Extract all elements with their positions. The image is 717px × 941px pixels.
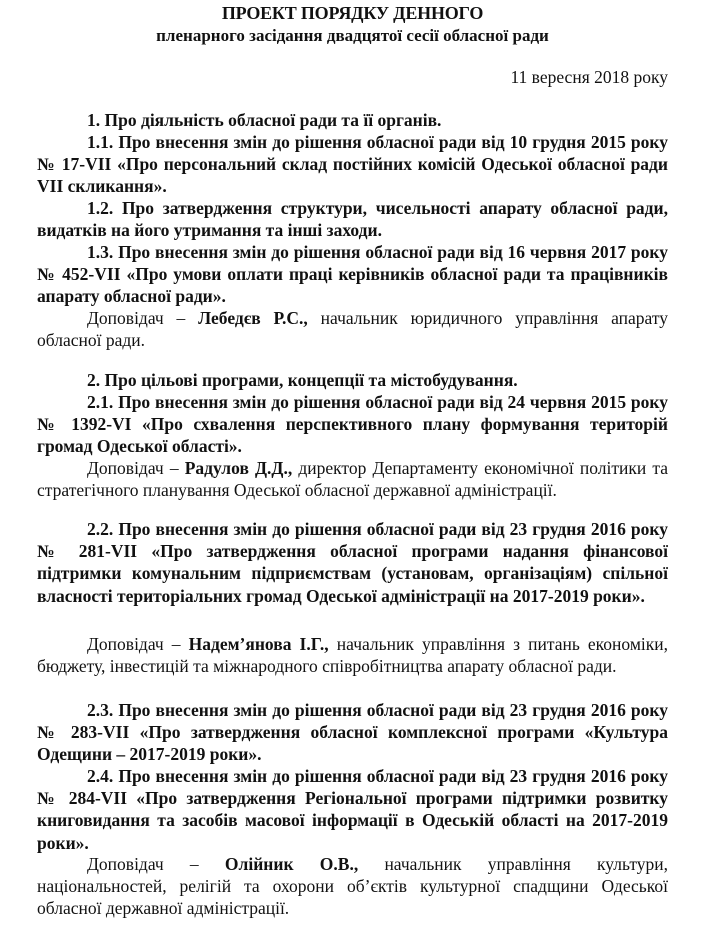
agenda-item-2-3: 2.3. Про внесення змін до рішення обласн… — [37, 699, 668, 766]
speaker-label: Доповідач – — [87, 854, 199, 874]
agenda-item-2-4: 2.4. Про внесення змін до рішення обласн… — [37, 765, 668, 854]
agenda-item-2-2: 2.2. Про внесення змін до рішення обласн… — [37, 518, 668, 607]
speaker-label: Доповідач – — [87, 308, 185, 328]
agenda-item-2-1: 2.1. Про внесення змін до рішення обласн… — [37, 391, 668, 458]
section-2-heading: 2. Про цільові програми, концепції та мі… — [37, 369, 668, 391]
speaker-label: Доповідач – — [87, 634, 181, 654]
section-1-heading: 1. Про діяльність обласної ради та її ор… — [37, 109, 668, 131]
speaker-label: Доповідач – — [87, 458, 179, 478]
speaker-name: Надем’янова І.Г., — [189, 634, 329, 654]
speaker-item-2-1: Доповідач – Радулов Д.Д., директор Депар… — [37, 457, 668, 501]
document-title: ПРОЕКТ ПОРЯДКУ ДЕННОГО — [37, 3, 668, 24]
document-subtitle: пленарного засідання двадцятої сесії обл… — [37, 26, 668, 46]
agenda-item-1-1: 1.1. Про внесення змін до рішення обласн… — [37, 131, 668, 198]
agenda-item-1-3: 1.3. Про внесення змін до рішення обласн… — [37, 241, 668, 308]
speaker-name: Олійник О.В., — [225, 854, 358, 874]
document-date: 11 вересня 2018 року — [510, 67, 668, 88]
speaker-name: Радулов Д.Д., — [185, 458, 293, 478]
speaker-item-2-4: Доповідач – Олійник О.В., начальник упра… — [37, 853, 668, 920]
speaker-name: Лебедєв Р.С., — [198, 308, 308, 328]
agenda-item-1-2: 1.2. Про затвердження структури, чисельн… — [37, 197, 668, 241]
speaker-item-2-2: Доповідач – Надем’янова І.Г., начальник … — [37, 633, 668, 677]
speaker-section-1: Доповідач – Лебедєв Р.С., начальник юрид… — [37, 307, 668, 351]
